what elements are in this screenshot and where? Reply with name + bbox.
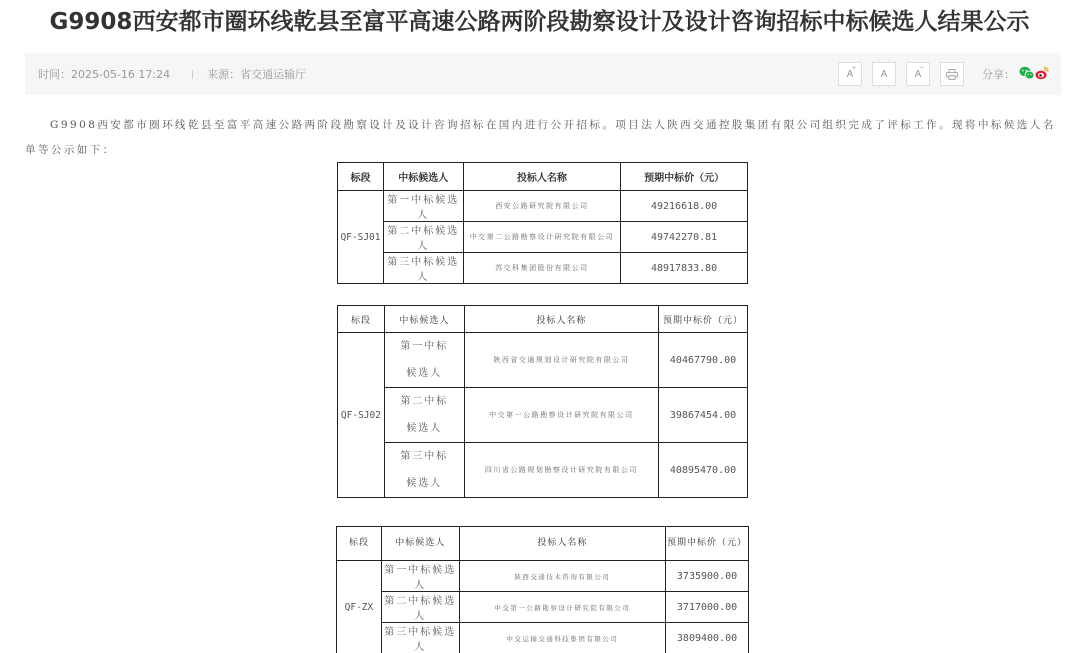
table-row: 第三中标候选人 苏交科集团股份有限公司 48917833.80 [338, 253, 748, 284]
plus-icon: + [852, 65, 856, 72]
font-increase-button[interactable]: A + [838, 62, 862, 86]
publish-time: 时间：2025-05-16 17:24 [38, 66, 170, 82]
article-tools: A + A A − 分享： [838, 53, 1049, 95]
table-row: 第二中标候选人 中交第一公路勘察设计研究院有限公司 3717000.00 [337, 592, 749, 623]
price-cell: 40467790.00 [659, 333, 748, 388]
price-cell: 3735900.00 [666, 561, 749, 592]
candidate-cell: 第一中标候选人 [383, 191, 463, 222]
table-row: 第三中标候选人 中交运输交通科技集团有限公司 3809400.00 [337, 623, 749, 653]
price-cell: 40895470.00 [659, 443, 748, 498]
header-bidder: 投标人名称 [464, 306, 658, 333]
bidder-cell: 中交第一公路勘察设计研究院有限公司 [459, 592, 665, 623]
candidate-cell: 第二中标候选人 [383, 222, 463, 253]
bidder-cell: 中交运输交通科技集团有限公司 [459, 623, 665, 653]
header-candidate: 中标候选人 [383, 163, 463, 191]
printer-icon [946, 69, 958, 80]
wechat-icon[interactable] [1019, 65, 1035, 84]
header-price: 预期中标价（元） [621, 163, 748, 191]
price-cell: 39867454.00 [659, 388, 748, 443]
candidate-cell: 第一中标候选人 [384, 333, 464, 388]
header-candidate: 中标候选人 [381, 527, 459, 561]
section-cell: QF-ZX [337, 561, 382, 653]
price-cell: 48917833.80 [621, 253, 748, 284]
minus-icon: − [920, 65, 924, 72]
header-price: 预期中标价（元） [666, 527, 749, 561]
candidate-cell: 第一中标候选人 [381, 561, 459, 592]
weibo-icon[interactable] [1035, 65, 1049, 84]
article-source: 来源：省交通运输厅 [207, 66, 306, 82]
header-bidder: 投标人名称 [463, 163, 621, 191]
bid-table-qf-zx: 标段 中标候选人 投标人名称 预期中标价（元） QF-ZX 第一中标候选人 陕西… [336, 526, 749, 653]
table-header-row: 标段 中标候选人 投标人名称 预期中标价（元） [337, 527, 749, 561]
table-row: 第二中标候选人 中交第一公路勘察设计研究院有限公司 39867454.00 [338, 388, 748, 443]
bidder-cell: 陕西交通技术咨询有限公司 [459, 561, 665, 592]
header-price: 预期中标价（元） [659, 306, 748, 333]
candidate-cell: 第三中标候选人 [381, 623, 459, 653]
header-section: 标段 [338, 163, 384, 191]
candidate-cell: 第三中标候选人 [384, 443, 464, 498]
intro-paragraph: G9908西安都市圈环线乾县至富平高速公路两阶段勘察设计及设计咨询招标在国内进行… [25, 113, 1061, 163]
section-cell: QF-SJ02 [338, 333, 385, 498]
share-label: 分享： [982, 66, 1015, 82]
header-candidate: 中标候选人 [384, 306, 464, 333]
bidder-cell: 苏交科集团股份有限公司 [463, 253, 621, 284]
article-meta-bar: 时间：2025-05-16 17:24 来源：省交通运输厅 A + A A − … [25, 53, 1061, 95]
article-meta: 时间：2025-05-16 17:24 来源：省交通运输厅 [38, 53, 306, 95]
meta-divider [192, 70, 193, 79]
table-row: QF-SJ01 第一中标候选人 西安公路研究院有限公司 49216618.00 [338, 191, 748, 222]
table-header-row: 标段 中标候选人 投标人名称 预期中标价（元） [338, 163, 748, 191]
header-section: 标段 [337, 527, 382, 561]
bidder-cell: 中交第一公路勘察设计研究院有限公司 [464, 388, 658, 443]
price-cell: 49742270.81 [621, 222, 748, 253]
font-decrease-button[interactable]: A − [906, 62, 930, 86]
table-row: QF-SJ02 第一中标候选人 陕西省交通规划设计研究院有限公司 4046779… [338, 333, 748, 388]
table-header-row: 标段 中标候选人 投标人名称 预期中标价（元） [338, 306, 748, 333]
bidder-cell: 西安公路研究院有限公司 [463, 191, 621, 222]
bid-table-qf-sj01: 标段 中标候选人 投标人名称 预期中标价（元） QF-SJ01 第一中标候选人 … [337, 162, 748, 284]
bidder-cell: 中交第二公路勘察设计研究院有限公司 [463, 222, 621, 253]
header-bidder: 投标人名称 [459, 527, 665, 561]
candidate-cell: 第三中标候选人 [383, 253, 463, 284]
header-section: 标段 [338, 306, 385, 333]
candidate-cell: 第二中标候选人 [381, 592, 459, 623]
section-cell: QF-SJ01 [338, 191, 384, 284]
table-row: 第三中标候选人 四川省公路规划勘察设计研究院有限公司 40895470.00 [338, 443, 748, 498]
font-normal-button[interactable]: A [872, 62, 896, 86]
font-normal-label: A [881, 69, 888, 80]
print-button[interactable] [940, 62, 964, 86]
price-cell: 49216618.00 [621, 191, 748, 222]
price-cell: 3717000.00 [666, 592, 749, 623]
candidate-cell: 第二中标候选人 [384, 388, 464, 443]
article-title: G9908西安都市圈环线乾县至富平高速公路两阶段勘察设计及设计咨询招标中标候选人… [0, 6, 1079, 38]
bidder-cell: 陕西省交通规划设计研究院有限公司 [464, 333, 658, 388]
price-cell: 3809400.00 [666, 623, 749, 653]
bidder-cell: 四川省公路规划勘察设计研究院有限公司 [464, 443, 658, 498]
bid-table-qf-sj02: 标段 中标候选人 投标人名称 预期中标价（元） QF-SJ02 第一中标候选人 … [337, 305, 748, 498]
table-row: 第二中标候选人 中交第二公路勘察设计研究院有限公司 49742270.81 [338, 222, 748, 253]
table-row: QF-ZX 第一中标候选人 陕西交通技术咨询有限公司 3735900.00 [337, 561, 749, 592]
